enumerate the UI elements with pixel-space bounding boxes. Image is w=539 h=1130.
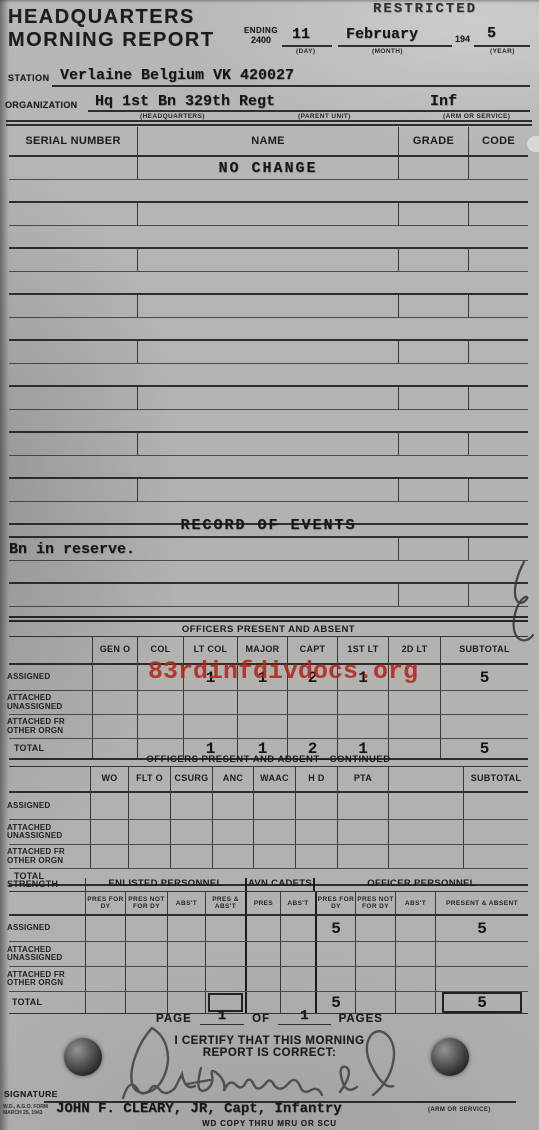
row-s-att-unass: ATTACHED UNASSIGNED xyxy=(6,942,67,966)
wd-copy-note: WD COPY THRU MRU OR SCU xyxy=(0,1119,539,1128)
day-underline xyxy=(282,45,332,47)
col-o-pres-not: PRES NOT FOR DY xyxy=(355,892,395,914)
col-o-pres-dy: PRES FOR DY xyxy=(315,892,355,914)
events-entry: Bn in reserve. xyxy=(9,538,398,560)
col-csurg: CSURG xyxy=(170,767,212,791)
form-title-line1: HEADQUARTERS xyxy=(8,6,195,29)
roster-table: SERIAL NUMBER NAME GRADE CODE NO CHANGE xyxy=(9,127,528,525)
morning-report-document: RESTRICTED HEADQUARTERS MORNING REPORT E… xyxy=(0,0,539,1130)
strength-title: STRENGTH xyxy=(6,878,85,891)
month-underline xyxy=(338,45,452,47)
day-value: 11 xyxy=(292,26,310,43)
month-value: February xyxy=(346,26,418,43)
restricted-stamp: RESTRICTED xyxy=(373,1,477,17)
group-enlisted: ENLISTED PERSONNEL xyxy=(85,878,245,891)
col-pta: PTA xyxy=(337,767,388,791)
group-avn-cadets: AVN CADETS xyxy=(245,878,315,891)
organization-underline xyxy=(88,110,530,112)
station-underline xyxy=(52,85,530,87)
row-assigned: ASSIGNED xyxy=(6,665,92,690)
row-s-att-fr: ATTACHED FR OTHER ORGN xyxy=(6,967,69,991)
col-code: CODE xyxy=(468,127,528,155)
col-gen-o: GEN O xyxy=(92,637,137,663)
margin-pen-mark xyxy=(495,556,539,658)
col-subtotal2: SUBTOTAL xyxy=(463,767,528,791)
ending-label: ENDING xyxy=(243,26,279,35)
row-s-assigned: ASSIGNED xyxy=(6,916,85,941)
form-title-line2: MORNING REPORT xyxy=(8,29,215,52)
col-c-abst: ABS'T xyxy=(280,892,315,914)
roster-entry-no-change: NO CHANGE xyxy=(137,157,398,179)
organization-value: Hq 1st Bn 329th Regt xyxy=(95,93,275,110)
assigned-subtotal: 5 xyxy=(440,665,528,690)
year-underline xyxy=(474,45,530,47)
rule xyxy=(6,120,532,122)
col-hd: H D xyxy=(295,767,337,791)
row-attached-unassigned: ATTACHED UNASSIGNED xyxy=(6,691,67,714)
col-o-abst: ABS'T xyxy=(395,892,435,914)
officers-table: OFFICERS PRESENT AND ABSENT GEN O COL LT… xyxy=(9,616,528,760)
col-anc: ANC xyxy=(212,767,253,791)
col-e-pres-dy: PRES FOR DY xyxy=(85,892,125,914)
day-sublabel: (DAY) xyxy=(296,48,315,55)
typed-name: JOHN F. CLEARY, JR, Capt, Infantry xyxy=(56,1101,342,1117)
year-sublabel: (YEAR) xyxy=(490,48,515,55)
row-attached-unassigned2: ATTACHED UNASSIGNED xyxy=(6,820,67,844)
year-prefix: 194 xyxy=(455,34,470,44)
col-name: NAME xyxy=(137,127,398,155)
col-flt-o: FLT O xyxy=(128,767,170,791)
organization-label: ORGANIZATION xyxy=(5,100,77,110)
hq-sublabel: (HEADQUARTERS) xyxy=(140,113,205,120)
col-blank xyxy=(388,767,463,791)
signature-label: SIGNATURE xyxy=(4,1089,58,1099)
station-value: Verlaine Belgium VK 420027 xyxy=(60,67,294,84)
row-attached-fr2: ATTACHED FR OTHER ORGN xyxy=(6,845,69,868)
arm-service-sublabel: (ARM OR SERVICE) xyxy=(443,113,510,120)
strength-table: STRENGTH ENLISTED PERSONNEL AVN CADETS O… xyxy=(9,878,528,1014)
watermark-text: 83rdinfdivdocs.org xyxy=(148,657,418,686)
arm-service-sublabel-footer: (ARM OR SERVICE) xyxy=(428,1107,491,1113)
rule xyxy=(6,124,532,126)
record-of-events: RECORD OF EVENTS Bn in reserve. xyxy=(9,507,528,622)
handwritten-signature xyxy=(55,998,475,1118)
paper-tear xyxy=(527,136,539,152)
col-grade: GRADE xyxy=(398,127,468,155)
officers-continued-table: OFFICERS PRESENT AND ABSENT—CONTINUED WO… xyxy=(9,752,528,886)
form-number-block: W.D., A.G.O. FORM MARCH 25, 1943 xyxy=(3,1104,63,1116)
col-e-pres-not: PRES NOT FOR DY xyxy=(125,892,167,914)
col-c-pres: PRES xyxy=(245,892,280,914)
col-e-pres-abst: PRES & ABS'T xyxy=(205,892,245,914)
arm-value: Inf xyxy=(430,93,457,110)
month-sublabel: (MONTH) xyxy=(372,48,403,55)
row-assigned2: ASSIGNED xyxy=(6,793,90,819)
s-assigned-officer-pres: 5 xyxy=(315,916,355,941)
officers-title: OFFICERS PRESENT AND ABSENT xyxy=(9,622,528,637)
col-wo: WO xyxy=(90,767,128,791)
officers-continued-title: OFFICERS PRESENT AND ABSENT—CONTINUED xyxy=(9,752,528,767)
col-waac: WAAC xyxy=(253,767,295,791)
row-attached-fr: ATTACHED FR OTHER ORGN xyxy=(6,715,69,738)
station-label: STATION xyxy=(8,73,50,83)
form-number-line2: MARCH 25, 1943 xyxy=(3,1110,63,1116)
parent-unit-sublabel: (PARENT UNIT) xyxy=(298,113,351,120)
year-value: 5 xyxy=(487,25,496,42)
col-serial-number: SERIAL NUMBER xyxy=(9,127,137,155)
col-o-pres-abs: PRESENT & ABSENT xyxy=(435,892,528,914)
events-title: RECORD OF EVENTS xyxy=(180,517,356,536)
col-e-abst: ABS'T xyxy=(167,892,205,914)
ending-time: 2400 xyxy=(243,35,279,45)
s-assigned-officer-total: 5 xyxy=(435,916,528,941)
group-officer: OFFICER PERSONNEL xyxy=(315,878,528,891)
